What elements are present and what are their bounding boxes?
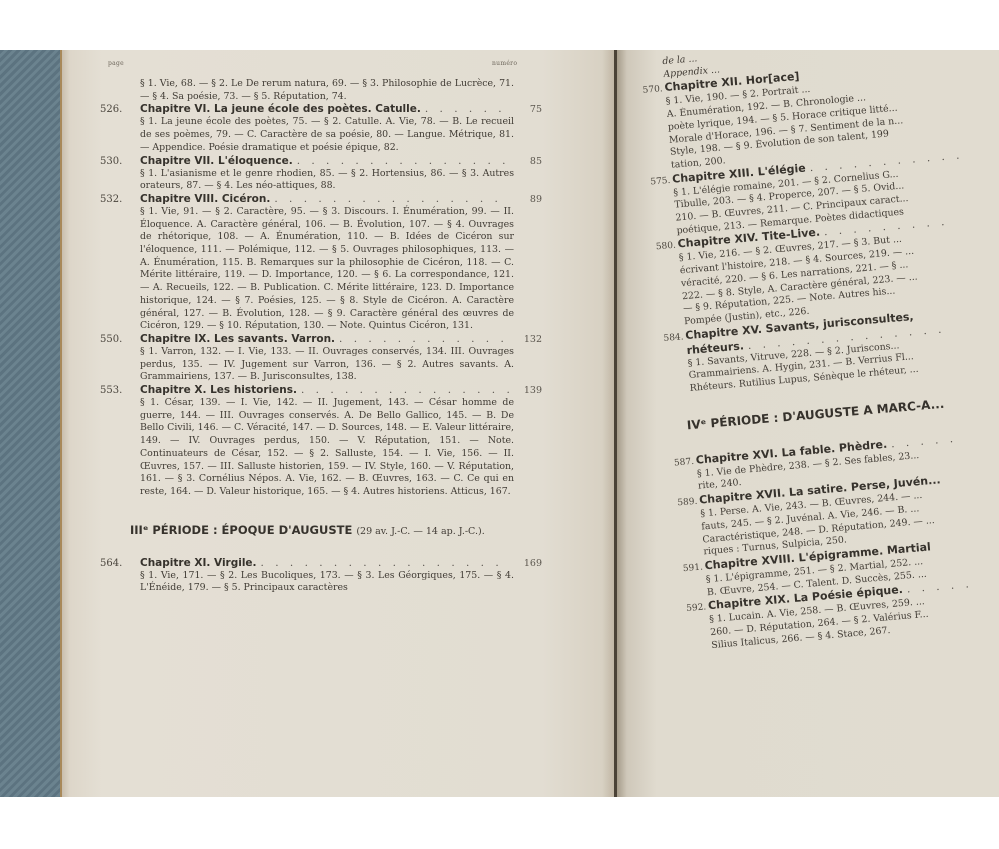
entry-page: 85: [514, 155, 542, 168]
entry-title: Chapitre VII. L'éloquence.: [140, 155, 293, 168]
toc-entry-chapitre-ix[interactable]: 550.Chapitre IX. Les savants. Varron.. .…: [100, 333, 542, 384]
entry-number: 587.: [674, 456, 697, 471]
toc-entry-chapitre-vi[interactable]: 526.Chapitre VI. La jeune école des poèt…: [100, 103, 542, 154]
toc-entry-chapitre-xi[interactable]: 564.Chapitre XI. Virgile.. . . . . . . .…: [100, 557, 542, 595]
header-page-label: page: [108, 60, 124, 67]
entry-number: 564.: [100, 557, 140, 570]
book-cover-cloth: [0, 50, 62, 797]
period-dates: (29 av. J.-C. — 14 ap. J.-C.).: [356, 526, 484, 537]
toc-entry-chapitre-viii[interactable]: 532.Chapitre VIII. Cicéron.. . . . . . .…: [100, 193, 542, 333]
leader-dots: . . . . . . . . . . . . . . . . . . . . …: [339, 333, 510, 346]
entry-number: 530.: [100, 155, 140, 168]
entry-body: § 1. Vie, 91. — § 2. Caractère, 95. — § …: [140, 206, 514, 333]
entry-body: § 1. La jeune école des poètes, 75. — § …: [140, 116, 514, 154]
entry-number: 550.: [100, 333, 140, 346]
toc-entry-chapitre-x[interactable]: 553.Chapitre X. Les historiens.. . . . .…: [100, 384, 542, 499]
entry-number: 591.: [682, 561, 705, 576]
entry-number: 575.: [650, 174, 673, 189]
entry-page: 132: [514, 333, 542, 346]
entry-number: 553.: [100, 384, 140, 397]
entry-number: 589.: [677, 496, 700, 511]
right-table-of-contents: de la ... Appendix ... 570.Chapitre XII.…: [640, 22, 999, 654]
entry-number: 584.: [663, 331, 686, 346]
entry-number: 580.: [655, 240, 678, 255]
entry-title: Chapitre XI. Virgile.: [140, 557, 257, 570]
entry-body-intro: § 1. Vie, 68. — § 2. Le De rerum natura,…: [140, 78, 514, 103]
entry-number: 592.: [686, 602, 709, 617]
leader-dots: . . . . . . . . . . . . . . . . . . . . …: [301, 384, 510, 397]
bottom-margin: [0, 797, 999, 849]
entry-body: § 1. Vie, 171. — § 2. Les Bucoliques, 17…: [140, 570, 514, 595]
left-table-of-contents: § 1. Vie, 68. — § 2. Le De rerum natura,…: [100, 78, 542, 595]
entry-number: 532.: [100, 193, 140, 206]
leader-dots: . . . . . . . . . . . . . . . . . . . . …: [261, 557, 510, 570]
entry-page: 89: [514, 193, 542, 206]
top-margin: [0, 0, 999, 50]
entry-body: § 1. Varron, 132. — I. Vie, 133. — II. O…: [140, 346, 514, 384]
entry-number: 526.: [100, 103, 140, 116]
period-heading-iii: IIIᵉ PÉRIODE : ÉPOQUE D'AUGUSTE (29 av. …: [130, 523, 542, 537]
header-number-label: numéro: [492, 60, 517, 67]
leader-dots: . . . . . . . . . . . . . . . . . . . . …: [274, 193, 510, 206]
entry-title: Chapitre IX. Les savants. Varron.: [140, 333, 335, 346]
entry-title: Chapitre X. Les historiens.: [140, 384, 297, 397]
entry-body: § 1. César, 139. — I. Vie, 142. — II. Ju…: [140, 397, 514, 499]
period-title: IIIᵉ PÉRIODE : ÉPOQUE D'AUGUSTE: [130, 523, 352, 537]
entry-number: 570.: [642, 83, 665, 98]
entry-page: 139: [514, 384, 542, 397]
toc-entry-chapitre-vii[interactable]: 530.Chapitre VII. L'éloquence.. . . . . …: [100, 155, 542, 193]
leader-dots: . . . . . . . . . . . . . . . . . . . . …: [297, 155, 510, 168]
entry-title: Chapitre VI. La jeune école des poètes. …: [140, 103, 421, 116]
entry-body: § 1. L'asianisme et le genre rhodien, 85…: [140, 168, 514, 193]
leader-dots: . . . . . . . . . . . . . . . . . . . .: [425, 103, 510, 116]
entry-page: 75: [514, 103, 542, 116]
entry-page: 169: [514, 557, 542, 570]
entry-title: Chapitre VIII. Cicéron.: [140, 193, 270, 206]
